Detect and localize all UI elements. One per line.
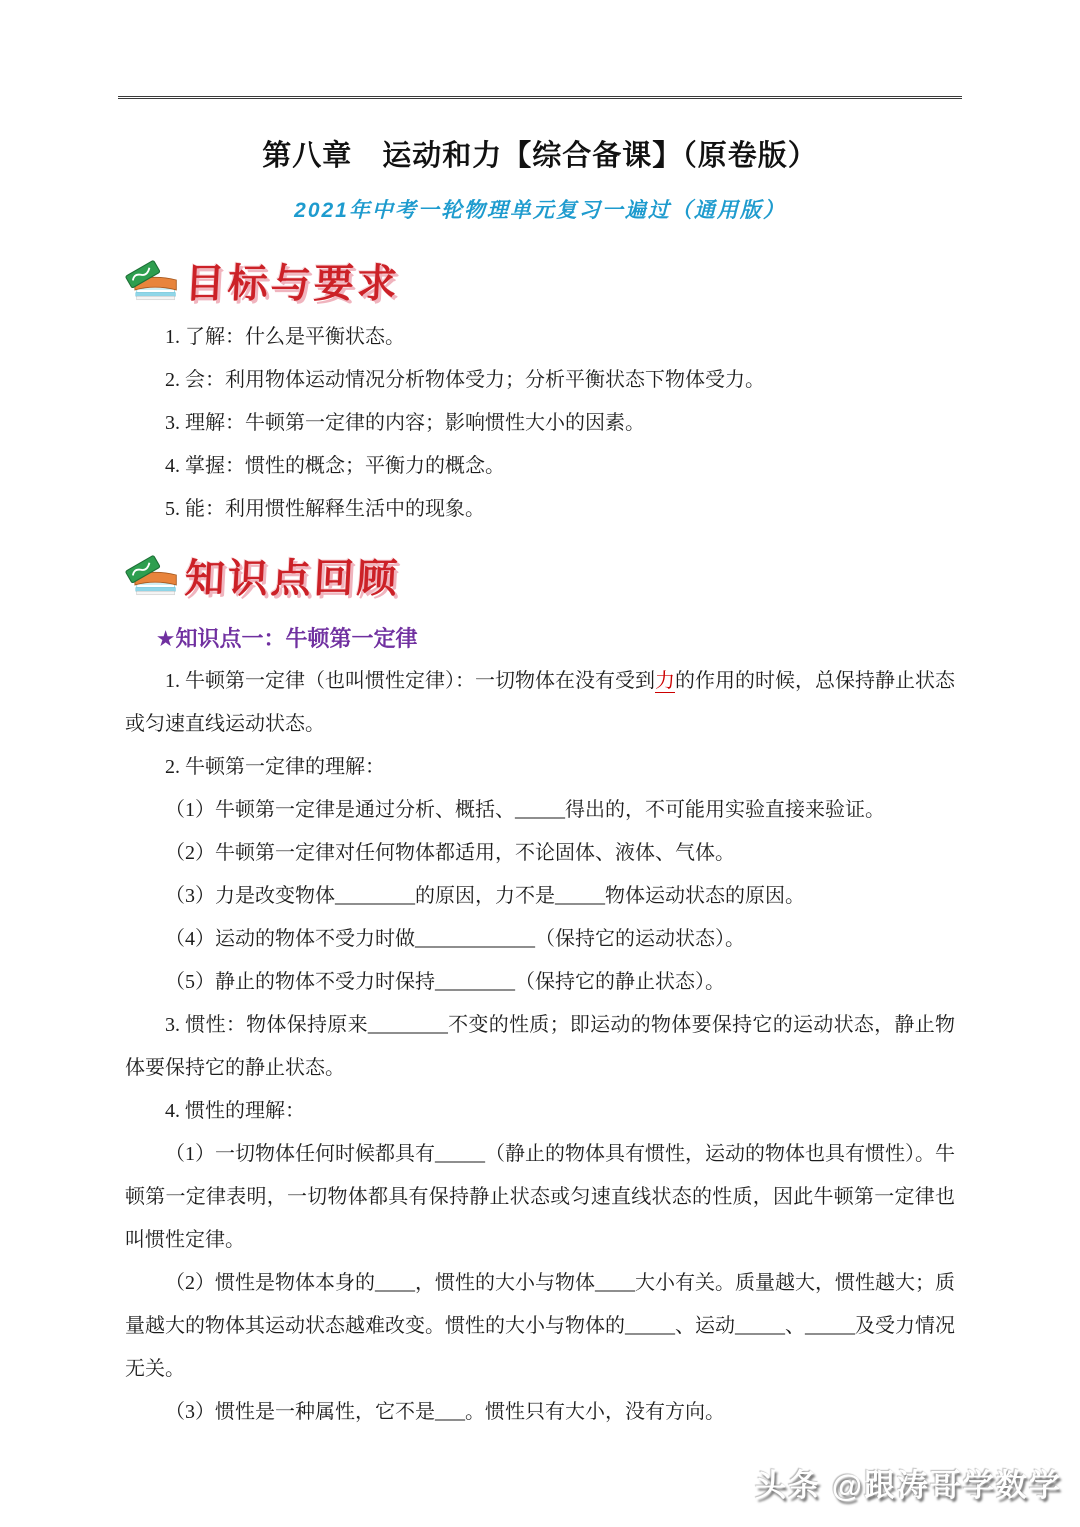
- books-stack-icon: [125, 253, 179, 307]
- knowledge-paragraph: （1）一切物体任何时候都具有_____（静止的物体具有惯性，运动的物体也具有惯性…: [125, 1133, 955, 1262]
- goal-item: 4. 掌握：惯性的概念；平衡力的概念。: [125, 445, 955, 488]
- goals-list: 1. 了解：什么是平衡状态。 2. 会：利用物体运动情况分析物体受力；分析平衡状…: [125, 316, 955, 531]
- force-highlight: 力: [655, 670, 675, 693]
- books-stack-icon: [125, 548, 179, 602]
- header-rule: [118, 96, 962, 99]
- goals-header: 目标与要求: [125, 250, 955, 310]
- document-page: 第八章 运动和力【综合备课】（原卷版） 2021年中考一轮物理单元复习一遍过（通…: [0, 0, 1080, 1527]
- document-content: 目标与要求 1. 了解：什么是平衡状态。 2. 会：利用物体运动情况分析物体受力…: [125, 250, 955, 1434]
- paragraph-newton-law: 1. 牛顿第一定律（也叫惯性定律）：一切物体在没有受到力的作用的时候，总保持静止…: [125, 660, 955, 746]
- section-goals: 目标与要求 1. 了解：什么是平衡状态。 2. 会：利用物体运动情况分析物体受力…: [125, 250, 955, 531]
- goal-item: 5. 能：利用惯性解释生活中的现象。: [125, 488, 955, 531]
- goal-item: 2. 会：利用物体运动情况分析物体受力；分析平衡状态下物体受力。: [125, 359, 955, 402]
- knowledge-paragraph: （2）惯性是物体本身的____，惯性的大小与物体____大小有关。质量越大，惯性…: [125, 1262, 955, 1391]
- knowledge-paragraph: （3）惯性是一种属性，它不是___。惯性只有大小，没有方向。: [125, 1391, 955, 1434]
- review-header-text: 知识点回顾: [184, 547, 402, 604]
- section-review: 知识点回顾 ★知识点一：牛顿第一定律 1. 牛顿第一定律（也叫惯性定律）：一切物…: [125, 545, 955, 1434]
- page-subtitle: 2021年中考一轮物理单元复习一遍过（通用版）: [0, 194, 1080, 224]
- knowledge-paragraph: （3）力是改变物体________的原因，力不是_____物体运动状态的原因。: [125, 875, 955, 918]
- goal-item: 3. 理解：牛顿第一定律的内容；影响惯性大小的因素。: [125, 402, 955, 445]
- knowledge-point-title: ★知识点一：牛顿第一定律: [125, 617, 955, 660]
- knowledge-paragraph: （2）牛顿第一定律对任何物体都适用，不论固体、液体、气体。: [125, 832, 955, 875]
- knowledge-paragraph: 3. 惯性：物体保持原来________不变的性质；即运动的物体要保持它的运动状…: [125, 1004, 955, 1090]
- watermark: 头条 @跟涛哥学数学: [755, 1460, 1062, 1505]
- knowledge-paragraph: （1）牛顿第一定律是通过分析、概括、_____得出的，不可能用实验直接来验证。: [125, 789, 955, 832]
- knowledge-paragraph: （4）运动的物体不受力时做____________（保持它的运动状态）。: [125, 918, 955, 961]
- goal-item: 1. 了解：什么是平衡状态。: [125, 316, 955, 359]
- knowledge-paragraph: （5）静止的物体不受力时保持________（保持它的静止状态）。: [125, 961, 955, 1004]
- page-title: 第八章 运动和力【综合备课】（原卷版）: [0, 133, 1080, 174]
- review-header: 知识点回顾: [125, 545, 955, 605]
- knowledge-paragraph: 4. 惯性的理解：: [125, 1090, 955, 1133]
- goals-header-text: 目标与要求: [184, 252, 402, 309]
- knowledge-paragraph: 2. 牛顿第一定律的理解：: [125, 746, 955, 789]
- newton-law-prefix: 1. 牛顿第一定律（也叫惯性定律）：一切物体在没有受到: [165, 670, 655, 692]
